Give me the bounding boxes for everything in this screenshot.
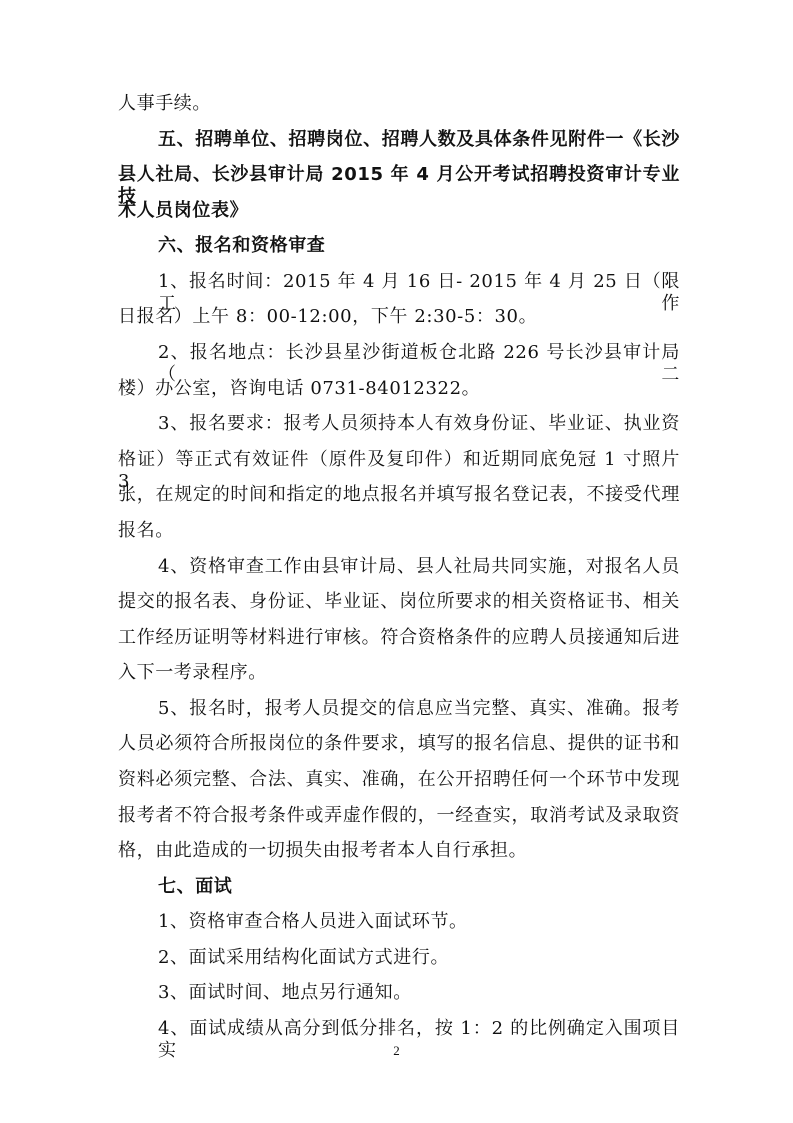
paragraph-line: 格证）等正式有效证件（原件及复印件）和近期同底免冠 1 寸照片 3 — [118, 449, 680, 471]
paragraph-line: 格，由此造成的一切损失由报考者本人自行承担。 — [118, 840, 680, 862]
section-heading-line: 五、招聘单位、招聘岗位、招聘人数及具体条件见附件一《长沙 — [158, 129, 680, 151]
paragraph-line: 人事手续。 — [118, 93, 680, 115]
paragraph-line: 资料必须完整、合法、真实、准确，在公开招聘任何一个环节中发现 — [118, 769, 680, 791]
paragraph-line: 3、面试时间、地点另行通知。 — [158, 982, 680, 1004]
paragraph-line: 2、报名地点：长沙县星沙街道板仓北路 226 号长沙县审计局（二 — [158, 342, 680, 364]
paragraph-line: 入下一考录程序。 — [118, 662, 680, 684]
document-page: 人事手续。五、招聘单位、招聘岗位、招聘人数及具体条件见附件一《长沙县人社局、长沙… — [0, 0, 793, 1123]
page-number: 2 — [0, 1043, 793, 1059]
paragraph-line: 日报名）上午 8：00-12:00，下午 2:30-5：30。 — [118, 306, 680, 328]
paragraph-line: 1、报名时间：2015 年 4 月 16 日- 2015 年 4 月 25 日（… — [158, 271, 680, 293]
section-heading-line: 术人员岗位表》 — [118, 200, 680, 222]
paragraph-line: 楼）办公室，咨询电话 0731-84012322。 — [118, 378, 680, 400]
paragraph-line: 3、报名要求：报考人员须持本人有效身份证、毕业证、执业资 — [158, 413, 680, 435]
paragraph-line: 张，在规定的时间和指定的地点报名并填写报名登记表，不接受代理 — [118, 484, 680, 506]
paragraph-line: 4、面试成绩从高分到低分排名，按 1：2 的比例确定入围项目实 — [158, 1018, 680, 1040]
section-heading-line: 县人社局、长沙县审计局 2015 年 4 月公开考试招聘投资审计专业技 — [118, 164, 680, 186]
section-heading-line: 六、报名和资格审查 — [158, 235, 680, 257]
paragraph-line: 报名。 — [118, 520, 680, 542]
section-heading-line: 七、面试 — [158, 876, 680, 898]
paragraph-line: 1、资格审查合格人员进入面试环节。 — [158, 911, 680, 933]
paragraph-line: 报考者不符合报考条件或弄虚作假的，一经查实，取消考试及录取资 — [118, 805, 680, 827]
paragraph-line: 2、面试采用结构化面试方式进行。 — [158, 947, 680, 969]
paragraph-line: 工作经历证明等材料进行审核。符合资格条件的应聘人员接通知后进 — [118, 627, 680, 649]
paragraph-line: 提交的报名表、身份证、毕业证、岗位所要求的相关资格证书、相关 — [118, 591, 680, 613]
paragraph-line: 5、报名时，报考人员提交的信息应当完整、真实、准确。报考 — [158, 698, 680, 720]
paragraph-line: 人员必须符合所报岗位的条件要求，填写的报名信息、提供的证书和 — [118, 733, 680, 755]
paragraph-line: 4、资格审查工作由县审计局、县人社局共同实施，对报名人员 — [158, 556, 680, 578]
